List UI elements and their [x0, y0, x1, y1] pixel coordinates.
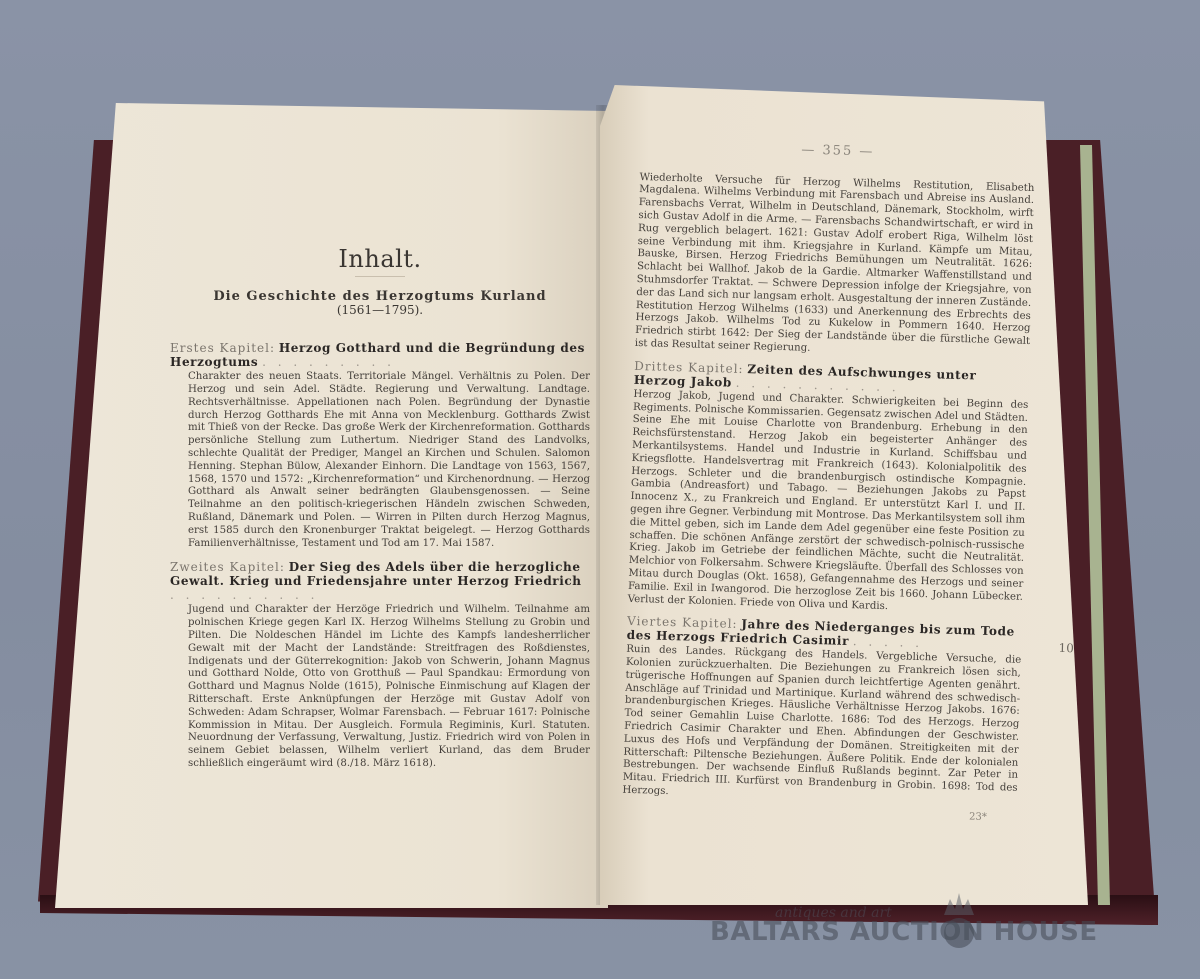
section-years: (1561—1795). [170, 304, 590, 317]
chapter-summary: Herzog Jakob, Jugend und Charakter. Schw… [628, 389, 1029, 617]
chapter-summary: Jugend und Charakter der Herzöge Friedri… [170, 604, 590, 770]
running-head-page-number: — 355 — [640, 140, 1035, 164]
chapter-summary: Ruin des Landes. Rückgang des Handels. V… [622, 644, 1021, 809]
title-rule [355, 276, 405, 277]
leader-dots: . . . . . [853, 634, 924, 650]
chapter-summary: Charakter des neuen Staats. Territoriale… [170, 371, 590, 550]
chapter-label: Zweites Kapitel: [170, 560, 285, 574]
chapter-label: Erstes Kapitel: [170, 341, 275, 355]
chapter-heading: Erstes Kapitel: Herzog Gotthard und die … [170, 341, 590, 369]
toc-entry: Drittes Kapitel: Zeiten des Aufschwunges… [628, 359, 1030, 617]
chapter-summary-continued: Wiederholte Versuche für Herzog Wilhelms… [635, 172, 1035, 362]
chapter-heading: Zweites Kapitel: Der Sieg des Adels über… [170, 560, 590, 602]
page-title: Inhalt. [170, 253, 590, 266]
right-page-content: — 355 — Seite Wiederholte Versuche für H… [622, 160, 1035, 825]
toc-entry: Viertes Kapitel: Jahre des Niederganges … [622, 614, 1022, 809]
right-page: — 355 — Seite Wiederholte Versuche für H… [600, 85, 1088, 905]
leader-dots: . . . . . . . . . . [170, 588, 318, 602]
toc-entry: Erstes Kapitel: Herzog Gotthard und die … [170, 341, 590, 550]
left-page-content: Inhalt. Die Geschichte des Herzogtums Ku… [170, 253, 590, 771]
leader-dots: . . . . . . . . . [262, 355, 395, 369]
section-title: Die Geschichte des Herzogtums Kurland [170, 291, 590, 304]
left-page: Inhalt. Die Geschichte des Herzogtums Ku… [55, 103, 608, 908]
toc-entry: Zweites Kapitel: Der Sieg des Adels über… [170, 560, 590, 770]
seite-label: Seite [170, 322, 630, 335]
